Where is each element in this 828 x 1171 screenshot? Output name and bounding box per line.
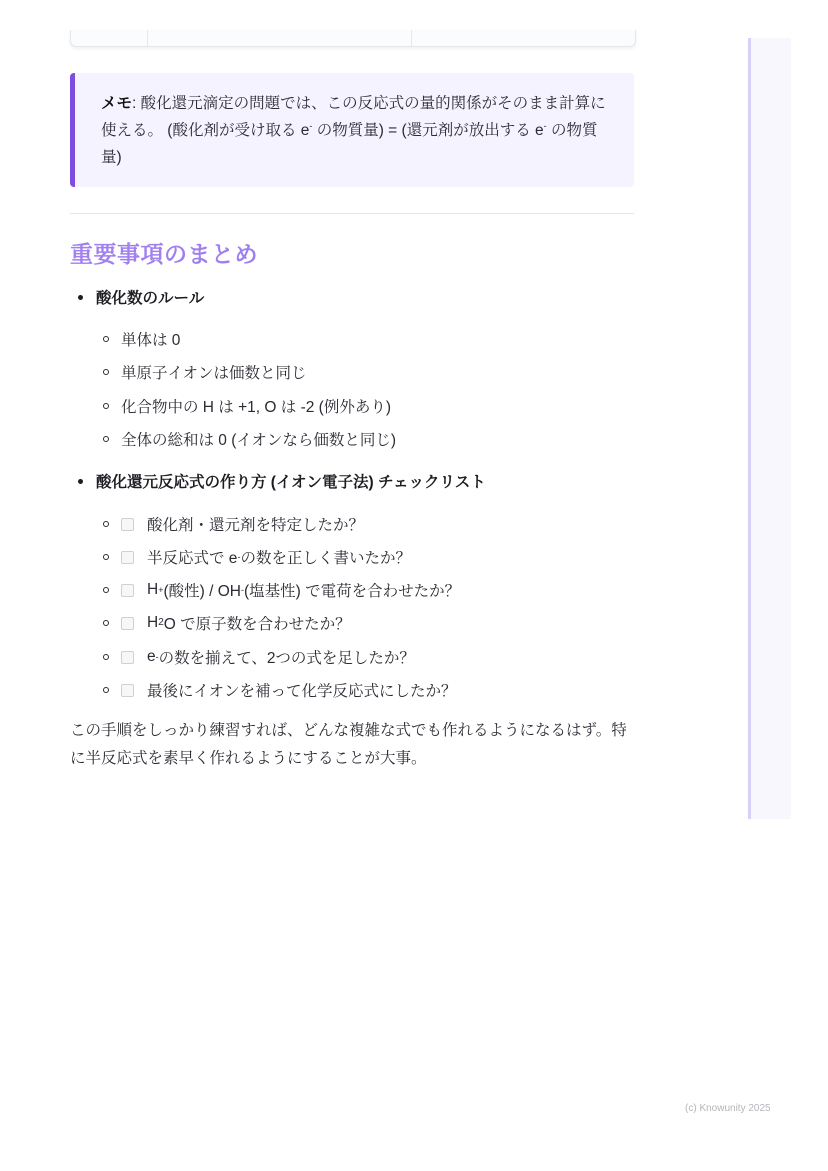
list-item-oxidation-rules: 酸化数のルール	[78, 286, 204, 308]
circle-bullet-icon	[103, 436, 109, 442]
checklist-item[interactable]: 最後にイオンを補って化学反応式にしたか？	[103, 679, 457, 701]
list-item: 単体は 0	[103, 328, 180, 350]
checklist-text: H	[147, 614, 158, 632]
checklist-text: 酸化剤・還元剤を特定したか？	[147, 513, 364, 535]
section-title: 重要事項のまとめ	[70, 236, 258, 269]
checklist-item[interactable]: e- の数を揃えて、2つの式を足したか？	[103, 646, 415, 668]
circle-bullet-icon	[103, 336, 109, 342]
closing-paragraph: この手順をしっかり練習すれば、どんな複雑な式でも作れるようになるはず。特に半反応…	[70, 717, 636, 773]
circle-bullet-icon	[103, 554, 109, 560]
list-item: 単原子イオンは価数と同じ	[103, 361, 307, 383]
checklist-item[interactable]: 半反応式で e- の数を正しく書いたか？	[103, 546, 411, 568]
memo-callout: メモ: 酸化還元滴定の問題では、この反応式の量的関係がそのまま計算に使える。 (…	[70, 73, 634, 187]
circle-bullet-icon	[103, 587, 109, 593]
checkbox[interactable]	[121, 551, 134, 564]
table-cell	[148, 30, 412, 46]
checklist-text: O で原子数を合わせたか？	[164, 612, 351, 634]
checklist-item[interactable]: H2O で原子数を合わせたか？	[103, 612, 351, 634]
list-item-text: 全体の総和は 0 (イオンなら価数と同じ)	[121, 428, 396, 450]
checklist-text: 半反応式で e	[147, 546, 237, 568]
checkbox[interactable]	[121, 651, 134, 664]
circle-bullet-icon	[103, 369, 109, 375]
list-heading: 酸化還元反応式の作り方 (イオン電子法) チェックリスト	[96, 470, 486, 492]
list-item: 全体の総和は 0 (イオンなら価数と同じ)	[103, 428, 396, 450]
memo-label: メモ	[101, 95, 132, 112]
circle-bullet-icon	[103, 521, 109, 527]
checkbox[interactable]	[121, 617, 134, 630]
list-item-text: 単原子イオンは価数と同じ	[121, 361, 307, 383]
checklist-text: e	[147, 648, 156, 666]
list-item-checklist: 酸化還元反応式の作り方 (イオン電子法) チェックリスト	[78, 470, 486, 492]
circle-bullet-icon	[103, 687, 109, 693]
checklist-text: 最後にイオンを補って化学反応式にしたか？	[147, 679, 457, 701]
bullet-icon	[78, 479, 83, 484]
circle-bullet-icon	[103, 403, 109, 409]
side-panel	[748, 38, 791, 819]
checklist-text: (酸性) / OH	[163, 579, 241, 601]
table-cell	[71, 30, 148, 46]
checklist-text: の数を正しく書いたか？	[240, 546, 411, 568]
circle-bullet-icon	[103, 654, 109, 660]
checkbox[interactable]	[121, 684, 134, 697]
list-item-text: 単体は 0	[121, 328, 180, 350]
list-heading: 酸化数のルール	[96, 286, 204, 308]
table-cell	[412, 30, 635, 46]
checklist-text: (塩基性) で電荷を合わせたか？	[244, 579, 460, 601]
table-bottom-edge	[70, 30, 636, 47]
checkbox[interactable]	[121, 518, 134, 531]
footer-copyright: (c) Knowunity 2025	[685, 1103, 771, 1114]
horizontal-divider	[70, 213, 634, 214]
checkbox[interactable]	[121, 584, 134, 597]
checklist-text: の数を揃えて、2つの式を足したか？	[159, 646, 415, 668]
checklist-text: H	[147, 581, 158, 599]
checklist-item[interactable]: 酸化剤・還元剤を特定したか？	[103, 513, 364, 535]
list-item: 化合物中の H は +1, O は -2 (例外あり)	[103, 395, 391, 417]
list-item-text: 化合物中の H は +1, O は -2 (例外あり)	[121, 395, 391, 417]
circle-bullet-icon	[103, 620, 109, 626]
bullet-icon	[78, 295, 83, 300]
checklist-item[interactable]: H+ (酸性) / OH- (塩基性) で電荷を合わせたか？	[103, 579, 460, 601]
memo-text: の物質量) = (還元剤が放出する e	[312, 122, 543, 139]
